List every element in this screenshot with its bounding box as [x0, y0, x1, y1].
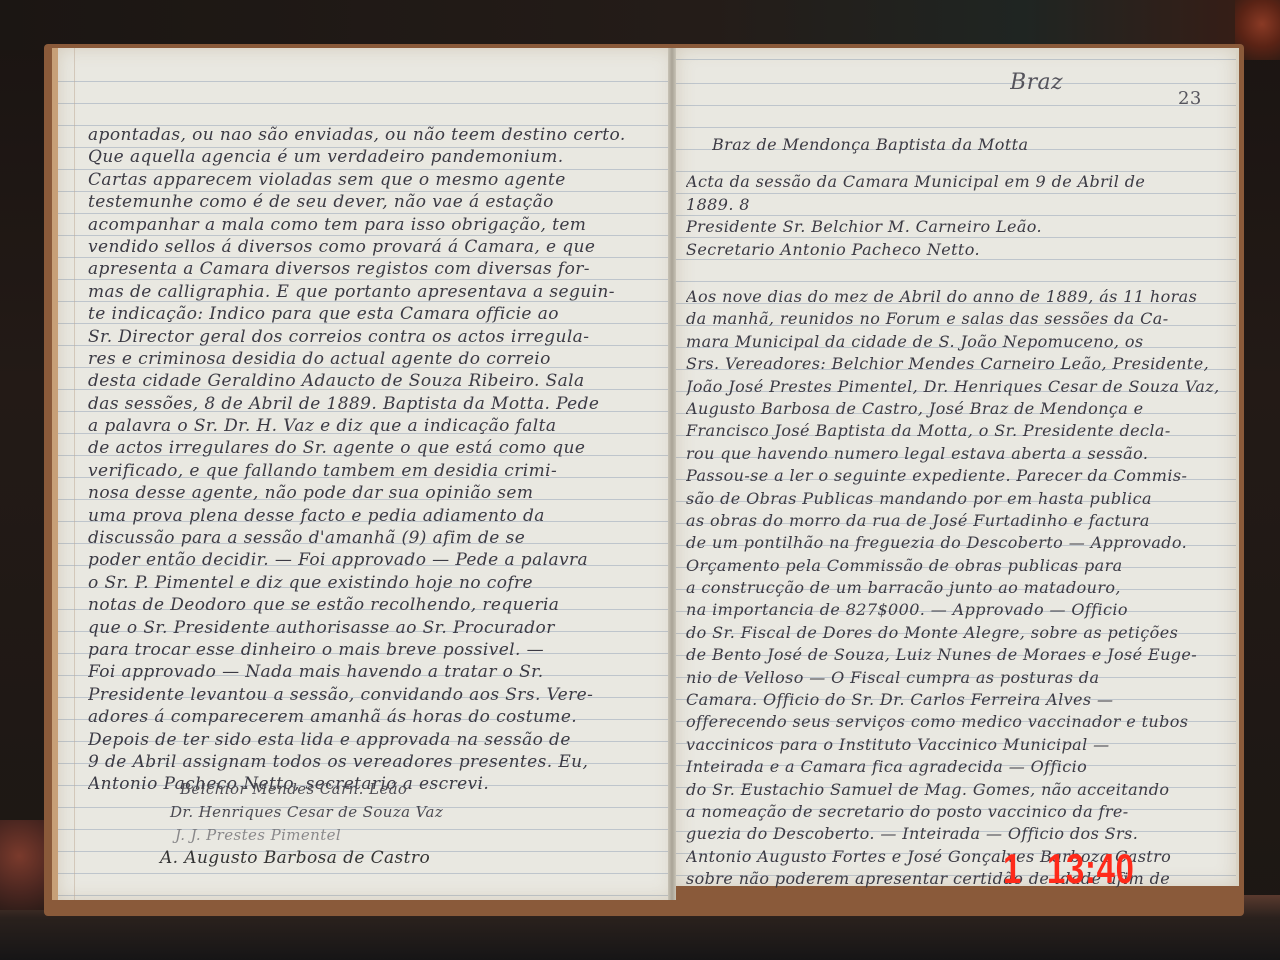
text-line: de Bento José de Souza, Luiz Nunes de Mo…: [686, 644, 1231, 666]
text-line: nio de Velloso — O Fiscal cumpra as post…: [686, 667, 1231, 689]
text-line: Depois de ter sido esta lida e approvada…: [88, 729, 660, 751]
text-line: verificado, e que fallando tambem em des…: [88, 460, 660, 482]
signature: Belchior Mendes Carn. Leão: [150, 777, 570, 800]
signature: Dr. Henriques Cesar de Souza Vaz: [150, 800, 570, 823]
text-line: a construcção de um barracão junto ao ma…: [686, 577, 1231, 599]
text-line: Presidente levantou a sessão, convidando…: [88, 684, 660, 706]
text-line: Aos nove dias do mez de Abril do anno de…: [686, 286, 1231, 308]
heading-line: Acta da sessão da Camara Municipal em 9 …: [686, 170, 1231, 193]
signature: A. Augusto Barbosa de Castro: [150, 846, 570, 869]
text-line: acompanhar a mala como tem para isso obr…: [88, 214, 660, 236]
book-gutter: [668, 48, 676, 900]
text-line: Sr. Director geral dos correios contra o…: [88, 326, 660, 348]
timestamp-date: 1: [1003, 845, 1022, 892]
heading-line: Secretario Antonio Pacheco Netto.: [686, 238, 1231, 261]
minutes-heading: Acta da sessão da Camara Municipal em 9 …: [686, 170, 1231, 260]
text-line: mas de calligraphia. E que portanto apre…: [88, 281, 660, 303]
camera-timestamp: 113:40: [1003, 845, 1135, 893]
text-line: Camara. Officio do Sr. Dr. Carlos Ferrei…: [686, 689, 1231, 711]
text-line: Passou-se a ler o seguinte expediente. P…: [686, 465, 1231, 487]
text-line: desta cidade Geraldino Adaucto de Souza …: [88, 370, 660, 392]
text-line: da manhã, reunidos no Forum e salas das …: [686, 308, 1231, 330]
text-line: Foi approvado — Nada mais havendo a trat…: [88, 661, 660, 683]
heading-line: Presidente Sr. Belchior M. Carneiro Leão…: [686, 215, 1231, 238]
timestamp-time: 13:40: [1047, 845, 1135, 892]
text-line: mara Municipal da cidade de S. João Nepo…: [686, 331, 1231, 353]
text-line: res e criminosa desidia do actual agente…: [88, 348, 660, 370]
heading-line: 1889. 8: [686, 193, 1231, 216]
text-line: Orçamento pela Commissão de obras public…: [686, 555, 1231, 577]
right-page-title: Braz de Mendonça Baptista da Motta: [712, 134, 1028, 156]
text-line: que o Sr. Presidente authorisasse ao Sr.…: [88, 617, 660, 639]
page-header: Braz: [1010, 72, 1063, 94]
text-line: Que aquella agencia é um verdadeiro pand…: [88, 146, 660, 168]
text-line: sobre não poderem apresentar certidão de…: [686, 868, 1231, 890]
text-line: a nomeação de secretario do posto vaccin…: [686, 801, 1231, 823]
text-line: vaccinicos para o Instituto Vaccinico Mu…: [686, 734, 1231, 756]
text-line: vendido sellos á diversos como provará á…: [88, 236, 660, 258]
text-line: guezia do Descoberto. — Inteirada — Offi…: [686, 823, 1231, 845]
text-line: apresenta a Camara diversos registos com…: [88, 258, 660, 280]
text-line: na importancia de 827$000. — Approvado —…: [686, 599, 1231, 621]
text-line: o Sr. P. Pimentel e diz que existindo ho…: [88, 572, 660, 594]
text-line: Francisco José Baptista da Motta, o Sr. …: [686, 420, 1231, 442]
text-line: de um pontilhão na freguezia do Descober…: [686, 532, 1231, 554]
signature: J. J. Prestes Pimentel: [150, 823, 570, 846]
text-line: para trocar esse dinheiro o mais breve p…: [88, 639, 660, 661]
text-line: das sessões, 8 de Abril de 1889. Baptist…: [88, 393, 660, 415]
left-page-text: apontadas, ou nao são enviadas, ou não t…: [88, 124, 660, 796]
background-rug-left: [0, 820, 48, 910]
text-line: de actos irregulares do Sr. agente o que…: [88, 437, 660, 459]
signature-block: Belchior Mendes Carn. Leão Dr. Henriques…: [150, 777, 570, 869]
text-line: do Sr. Fiscal de Dores do Monte Alegre, …: [686, 622, 1231, 644]
left-margin-line: [74, 48, 75, 900]
text-line: uma prova plena desse facto e pedia adia…: [88, 505, 660, 527]
text-line: são de Obras Publicas mandando por em ha…: [686, 488, 1231, 510]
right-page-text: Aos nove dias do mez de Abril do anno de…: [686, 286, 1231, 891]
text-line: testemunhe como é de seu dever, não vae …: [88, 191, 660, 213]
text-line: João José Prestes Pimentel, Dr. Henrique…: [686, 376, 1231, 398]
text-line: 9 de Abril assignam todos os vereadores …: [88, 751, 660, 773]
text-line: poder então decidir. — Foi approvado — P…: [88, 549, 660, 571]
text-line: as obras do morro da rua de José Furtadi…: [686, 510, 1231, 532]
background-shelf: [0, 0, 1280, 50]
text-line: discussão para a sessão d'amanhã (9) afi…: [88, 527, 660, 549]
text-line: rou que havendo numero legal estava aber…: [686, 443, 1231, 465]
text-line: Inteirada e a Camara fica agradecida — O…: [686, 756, 1231, 778]
text-line: te indicação: Indico para que esta Camar…: [88, 303, 660, 325]
text-line: notas de Deodoro que se estão recolhendo…: [88, 594, 660, 616]
text-line: Antonio Augusto Fortes e José Gonçalves …: [686, 846, 1231, 868]
text-line: offerecendo seus serviços como medico va…: [686, 711, 1231, 733]
text-line: apontadas, ou nao são enviadas, ou não t…: [88, 124, 660, 146]
text-line: Srs. Vereadores: Belchior Mendes Carneir…: [686, 353, 1231, 375]
text-line: adores á comparecerem amanhã ás horas do…: [88, 706, 660, 728]
text-line: Cartas apparecem violadas sem que o mesm…: [88, 169, 660, 191]
text-line: Augusto Barbosa de Castro, José Braz de …: [686, 398, 1231, 420]
text-line: a palavra o Sr. Dr. H. Vaz e diz que a i…: [88, 415, 660, 437]
page-number: 23: [1178, 88, 1202, 110]
text-line: do Sr. Eustachio Samuel de Mag. Gomes, n…: [686, 779, 1231, 801]
text-line: nosa desse agente, não pode dar sua opin…: [88, 482, 660, 504]
